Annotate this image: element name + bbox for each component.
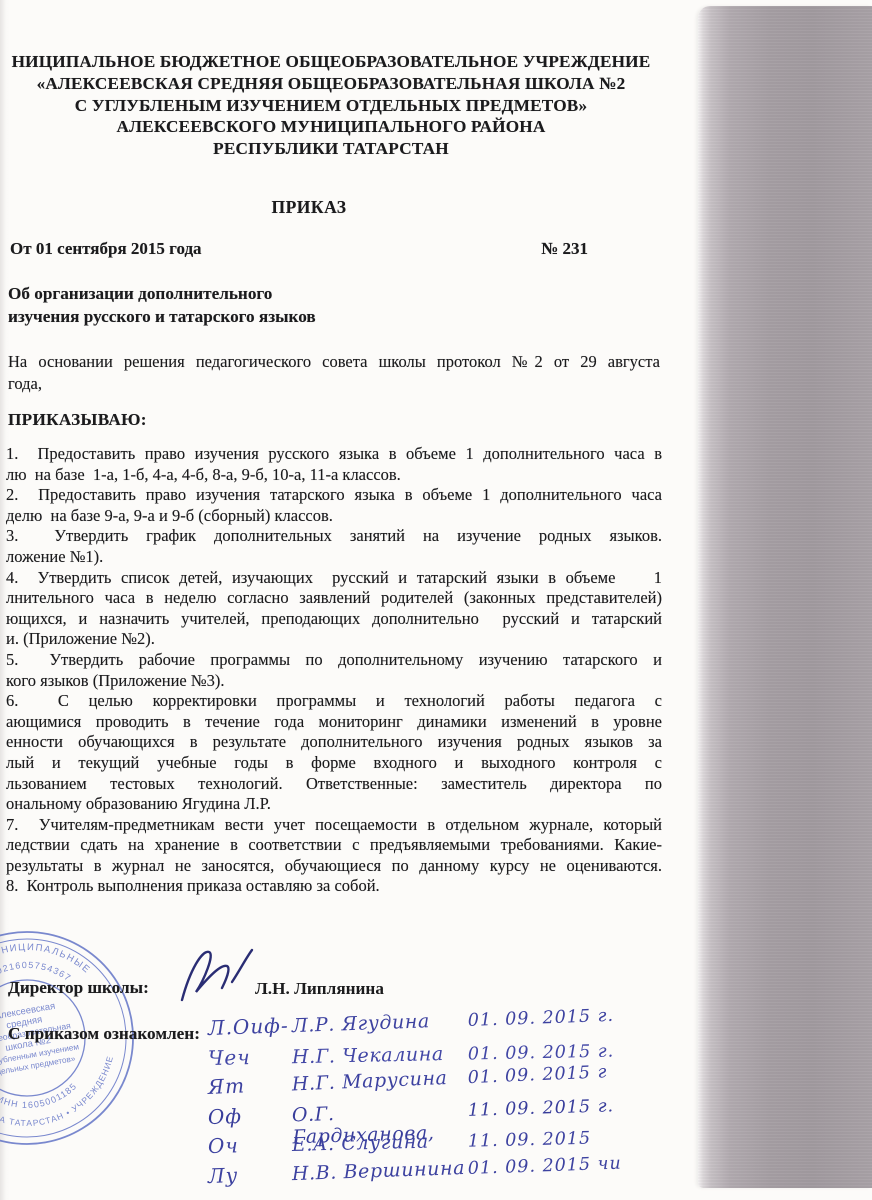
letterhead-line: АЛЕКСЕЕВСКОГО МУНИЦИПАЛЬНОГО РАЙОНА [0,116,662,138]
body-line: делю на базе 9-а, 9-а и 9-б (сборный) кл… [6,506,662,527]
preamble: На основании решения педагогического сов… [8,351,660,395]
body-line: 2. Предоставить право изучения татарског… [6,485,662,506]
handwritten-date: 01. 09. 2015 г. [467,1004,658,1031]
director-label: Директор школы: [8,978,149,998]
handwritten-date: 11. 09. 2015 г. [468,1095,659,1121]
handwritten-initial: Оф [208,1102,293,1129]
order-title: ПРИКАЗ [0,197,618,218]
handwritten-initial: Лу [207,1161,292,1188]
body-line: лю на базе 1-а, 1-б, 4-а, 4-б, 8-а, 9-б,… [6,465,662,486]
subject-line: изучения русского и татарского языков [8,306,316,329]
letterhead-line: НИЦИПАЛЬНОЕ БЮДЖЕТНОЕ ОБЩЕОБРАЗОВАТЕЛЬНО… [0,51,662,73]
handwritten-name: Н.Г. Марусина [291,1066,468,1095]
body-line: 8. Контроль выполнения приказа оставляю … [6,876,662,897]
body-line: 1. Предоставить право изучения русского … [6,444,662,465]
acknowledged-label: С приказом ознакомлен: [8,1024,200,1044]
handwritten-name: Л.Р. Ягудина [292,1009,469,1037]
handwritten-name: Н.В. Вершинина [292,1157,469,1185]
body-line: лый и текущий учебные годы в форме входн… [6,753,662,774]
body-line: 5. Утвердить рабочие программы по дополн… [6,650,662,671]
letterhead-line: «АЛЕКСЕЕВСКАЯ СРЕДНЯЯ ОБЩЕОБРАЗОВАТЕЛЬНА… [0,73,662,95]
handwritten-name: Е.А. Слугина [292,1130,468,1156]
body-line: 3. Утвердить график дополнительных занят… [6,526,662,547]
date-number-row: От 01 сентября 2015 года № 231 [10,239,588,259]
preamble-line: года, [8,373,660,395]
body-line: 4. Утвердить список детей, изучающих рус… [6,568,662,589]
body-line: ающимися проводить в течение года монито… [6,712,662,733]
order-number: № 231 [541,239,588,259]
body-line: енности обучающихся в результате дополни… [6,732,662,753]
body-line: результаты в журнал не заносятся, обучаю… [6,856,662,877]
preamble-line: На основании решения педагогического сов… [8,351,660,373]
scanner-background-band [698,6,872,1188]
handwritten-date: 01. 09. 2015 чи [467,1152,658,1179]
order-body: 1. Предоставить право изучения русского … [6,444,662,897]
director-name: Л.Н. Липлянина [255,979,384,999]
handwritten-initial: Чеч [208,1044,292,1070]
letterhead-line: РЕСПУБЛИКИ ТАТАРСТАН [0,138,662,160]
handwritten-initial: Ят [207,1072,292,1099]
handwritten-initial: Оч [208,1132,293,1158]
handwritten-date: 01. 09. 2015 г [467,1060,658,1088]
body-line: ющихся, и назначить учителей, преподающи… [6,609,662,630]
letterhead-line: С УГЛУБЛЕНЫМ ИЗУЧЕНИЕМ ОТДЕЛЬНЫХ ПРЕДМЕТ… [0,95,662,117]
body-line: 6. С целью корректировки программы и тех… [6,691,662,712]
body-line: 7. Учителям-предметникам вести учет посе… [6,815,662,836]
order-date: От 01 сентября 2015 года [10,239,202,259]
order-subject: Об организации дополнительного изучения … [8,283,316,328]
handwritten-initial: Л.Оиф- [207,1013,292,1040]
scanned-order-document: РАЙОНЫ МУНИЦИПАЛЬНЫЕ РЕСПУБЛИКА ТАТАРСТА… [0,0,872,1200]
resolve-label: ПРИКАЗЫВАЮ: [8,410,147,430]
body-line: льзованием тестовых технологий. Ответств… [6,774,662,795]
handwritten-name: Н.Г. Чекалина [292,1042,468,1068]
body-line: ледствии сдать на хранение в соответстви… [6,835,662,856]
body-line: лнительного часа в неделю согласно заявл… [6,588,662,609]
body-line: кого языков (Приложение №3). [6,671,662,692]
body-line: и. (Приложение №2). [6,629,662,650]
letterhead: НИЦИПАЛЬНОЕ БЮДЖЕТНОЕ ОБЩЕОБРАЗОВАТЕЛЬНО… [0,51,662,160]
acknowledgement-list: Л.Оиф- Л.Р. Ягудина 01. 09. 2015 г. Чеч … [208,1016,658,1194]
body-line: ональному образованию Ягудина Л.Р. [6,794,662,815]
body-line: ложение №1). [6,547,662,568]
subject-line: Об организации дополнительного [8,283,316,306]
